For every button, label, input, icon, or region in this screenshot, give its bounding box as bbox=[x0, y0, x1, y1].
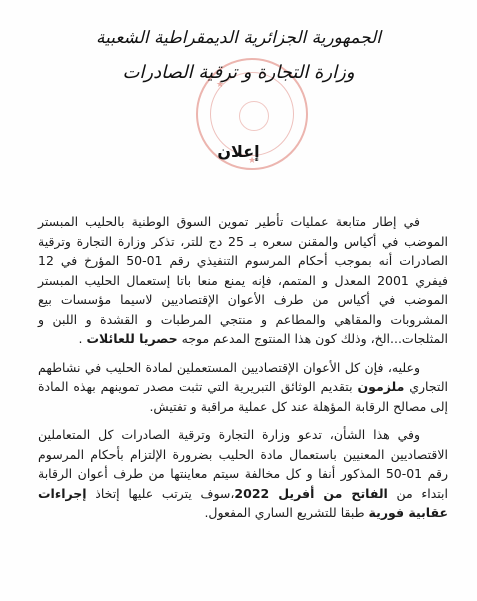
stamp-emblem-icon bbox=[239, 101, 269, 131]
header-republic: الجمهورية الجزائرية الديمقراطية الشعبية bbox=[0, 28, 477, 48]
paragraph-3: وفي هذا الشأن، تدعو وزارة التجارة وترقية… bbox=[38, 425, 448, 523]
paragraph-text: في إطار متابعة عمليات تأطير تموين السوق … bbox=[38, 214, 448, 346]
document-body: في إطار متابعة عمليات تأطير تموين السوق … bbox=[38, 212, 448, 532]
emphasis-families-only: حصريا للعائلات bbox=[87, 331, 178, 346]
paragraph-1: في إطار متابعة عمليات تأطير تموين السوق … bbox=[38, 212, 448, 349]
document-page: ★ ★ الجمهورية الجزائرية الديمقراطية الشع… bbox=[0, 0, 477, 601]
emphasis-obligated: ملزمون bbox=[357, 379, 404, 394]
paragraph-text: طبقا للتشريع الساري المفعول. bbox=[204, 505, 368, 520]
emphasis-effective-date: الفاتح من أفريل 2022 bbox=[234, 486, 387, 501]
paragraph-text: . bbox=[79, 331, 87, 346]
paragraph-2: وعليه، فإن كل الأعوان الإقتصاديين المستع… bbox=[38, 358, 448, 417]
paragraph-text: ،سوف يترتب عليها إتخاذ bbox=[87, 486, 235, 501]
document-title: إعلان bbox=[0, 142, 477, 161]
header-ministry: وزارة التجارة و ترقية الصادرات bbox=[0, 62, 477, 83]
